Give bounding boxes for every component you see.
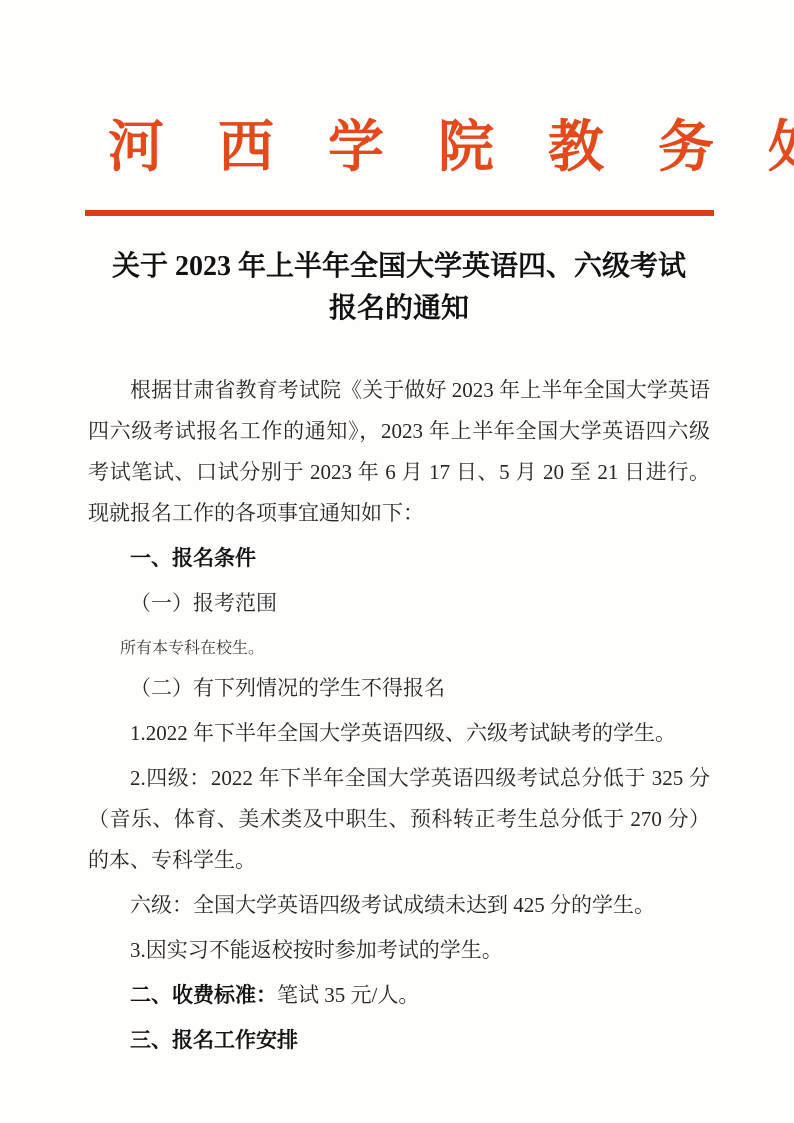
section-2-line: 二、收费标准：笔试 35 元/人。 [88, 975, 710, 1016]
document-page: 河 西 学 院 教 务 处 关于 2023 年上半年全国大学英语四、六级考试 报… [0, 0, 794, 1123]
notice-title-line1: 关于 2023 年上半年全国大学英语四、六级考试 [88, 246, 710, 288]
section-2-text: 笔试 35 元/人。 [277, 983, 419, 1007]
ineligible-item-3: 3.因实习不能返校按时参加考试的学生。 [88, 930, 710, 971]
notice-title-line2: 报名的通知 [88, 288, 710, 330]
subsection-1-heading: （一）报考范围 [88, 583, 710, 624]
ineligible-item-1: 1.2022 年下半年全国大学英语四级、六级考试缺考的学生。 [88, 713, 710, 754]
notice-title: 关于 2023 年上半年全国大学英语四、六级考试 报名的通知 [88, 246, 710, 330]
letterhead: 河 西 学 院 教 务 处 [88, 0, 710, 216]
letterhead-title: 河 西 学 院 教 务 处 [88, 118, 710, 180]
section-3-heading: 三、报名工作安排 [88, 1020, 710, 1061]
subsection-2-heading: （二）有下列情况的学生不得报名 [88, 668, 710, 709]
subsection-1-text: 所有本专科在校生。 [88, 634, 710, 664]
letterhead-divider [85, 210, 714, 216]
section-2-heading: 二、收费标准： [130, 983, 277, 1007]
intro-paragraph: 根据甘肃省教育考试院《关于做好 2023 年上半年全国大学英语四六级考试报名工作… [88, 370, 710, 534]
ineligible-item-2: 2.四级：2022 年下半年全国大学英语四级考试总分低于 325 分（音乐、体育… [88, 758, 710, 881]
section-1-heading: 一、报名条件 [88, 538, 710, 579]
notice-body: 根据甘肃省教育考试院《关于做好 2023 年上半年全国大学英语四六级考试报名工作… [88, 370, 710, 1061]
ineligible-item-2b: 六级：全国大学英语四级考试成绩未达到 425 分的学生。 [88, 885, 710, 926]
